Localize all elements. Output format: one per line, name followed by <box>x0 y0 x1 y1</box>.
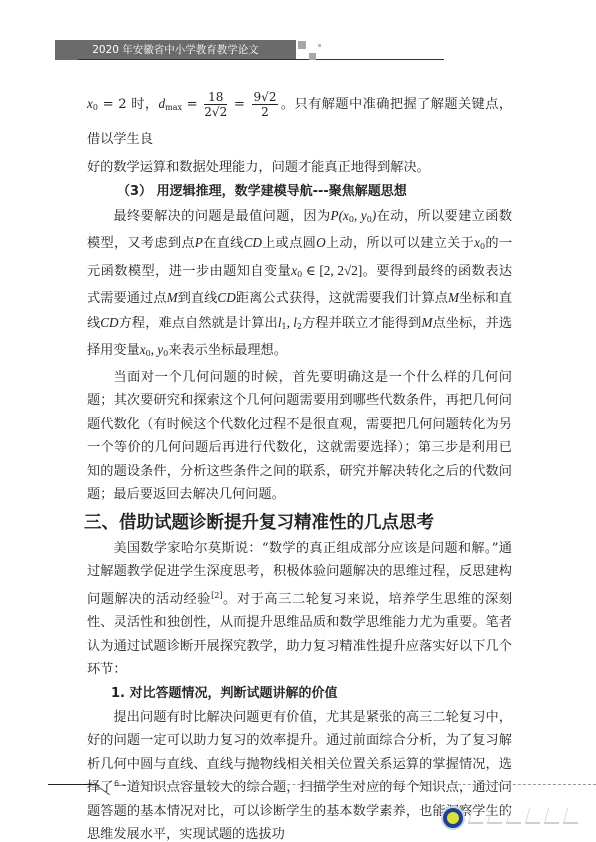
text-fragment: 在直线 <box>203 236 244 251</box>
fraction-9sqrt2-over-2: 9√22 <box>252 90 279 119</box>
footer-rule-solid <box>48 784 96 785</box>
math-point-P: P <box>195 235 203 250</box>
watermark-glyph <box>468 808 487 824</box>
math-point-M: M <box>448 290 459 305</box>
equals-sign: = <box>229 97 249 112</box>
citation-reference-2[interactable]: [2] <box>211 591 222 600</box>
footer-rule-dashed <box>122 784 596 785</box>
math-line-CD: CD <box>217 290 235 305</box>
formula-line: x0 = 2 时，dmax = 182√2 = 9√22。只有解题中准确把握了解… <box>87 88 512 156</box>
header-decoration-square <box>298 41 306 49</box>
math-point-M: M <box>421 315 432 330</box>
text-fragment: 方程并联立才能得到 <box>302 316 421 331</box>
text-fragment: 到直线 <box>178 291 218 306</box>
section-heading-3: 三、借助试题诊断提升复习精准性的几点思考 <box>84 509 512 537</box>
paragraph-geometry-steps: 当面对一个几何问题的时候，首先要明确这是一个什么样的几何问题；其次要研究和探索这… <box>87 366 512 507</box>
math-subscript: max <box>165 103 182 112</box>
math-circle-O: O <box>316 235 326 250</box>
school-name-watermark <box>470 808 588 828</box>
text-fragment: = 2 时， <box>98 97 159 112</box>
fraction-numerator: 18 <box>204 90 227 105</box>
text-fragment: 最终要解决的问题是最值问题，因为 <box>113 209 330 224</box>
math-line-CD: CD <box>100 315 118 330</box>
watermark-glyph <box>525 808 544 824</box>
fraction-18-over-2sqrt2: 182√2 <box>204 90 227 119</box>
math-fragment: , y <box>354 208 367 223</box>
math-var-y: , y <box>151 342 163 357</box>
text-fragment: 上动，所以可以建立关于 <box>326 236 475 251</box>
watermark-glyph <box>563 808 582 824</box>
text-fragment: 距离公式获得，这就需要我们计算点 <box>236 291 448 306</box>
math-point-M: M <box>167 290 178 305</box>
page-body: x0 = 2 时，dmax = 182√2 = 9√22。只有解题中准确把握了解… <box>87 88 512 842</box>
watermark-glyph <box>487 808 506 824</box>
watermark-glyph <box>506 808 525 824</box>
watermark-glyph <box>544 808 563 824</box>
text-fragment: 方程，难点自然就是计算出 <box>119 316 278 331</box>
header-rule <box>78 59 444 60</box>
math-line-l: , l <box>287 315 297 330</box>
page-number: 6 <box>114 779 119 788</box>
math-point-P: P(x <box>331 208 349 223</box>
equals-sign: = <box>182 97 202 112</box>
text-fragment: 上或点圆 <box>262 236 316 251</box>
subsection-heading-3: （3） 用逻辑推理，数学建模导航---聚焦解题思想 <box>87 180 512 204</box>
school-logo-icon <box>441 806 465 830</box>
header-decoration-square <box>318 44 321 47</box>
fraction-numerator: 9√2 <box>252 90 279 105</box>
running-header-title: 2020 年安徽省中小学教育教学论文 <box>55 40 296 60</box>
paragraph-halmos-quote: 美国数学家哈尔莫斯说：“数学的真正组成部分应该是问题和解。”通过解题教学促进学生… <box>87 537 512 682</box>
paragraph-function-model: 最终要解决的问题是最值问题，因为P(x0, y0)在动，所以要建立函数模型，又考… <box>87 204 512 366</box>
fraction-denominator: 2 <box>252 105 279 119</box>
math-interval: ∈ [2, 2√2] <box>302 263 362 278</box>
subsection-heading-1: 1. 对比答题情况，判断试题讲解的价值 <box>87 682 512 706</box>
text-fragment: 来表示坐标最理想。 <box>168 343 287 358</box>
header-decoration-square <box>309 53 316 60</box>
paragraph-continuation: 好的数学运算和数据处理能力，问题才能真正地得到解决。 <box>87 156 512 180</box>
math-line-CD: CD <box>244 235 262 250</box>
fraction-denominator: 2√2 <box>204 105 227 119</box>
